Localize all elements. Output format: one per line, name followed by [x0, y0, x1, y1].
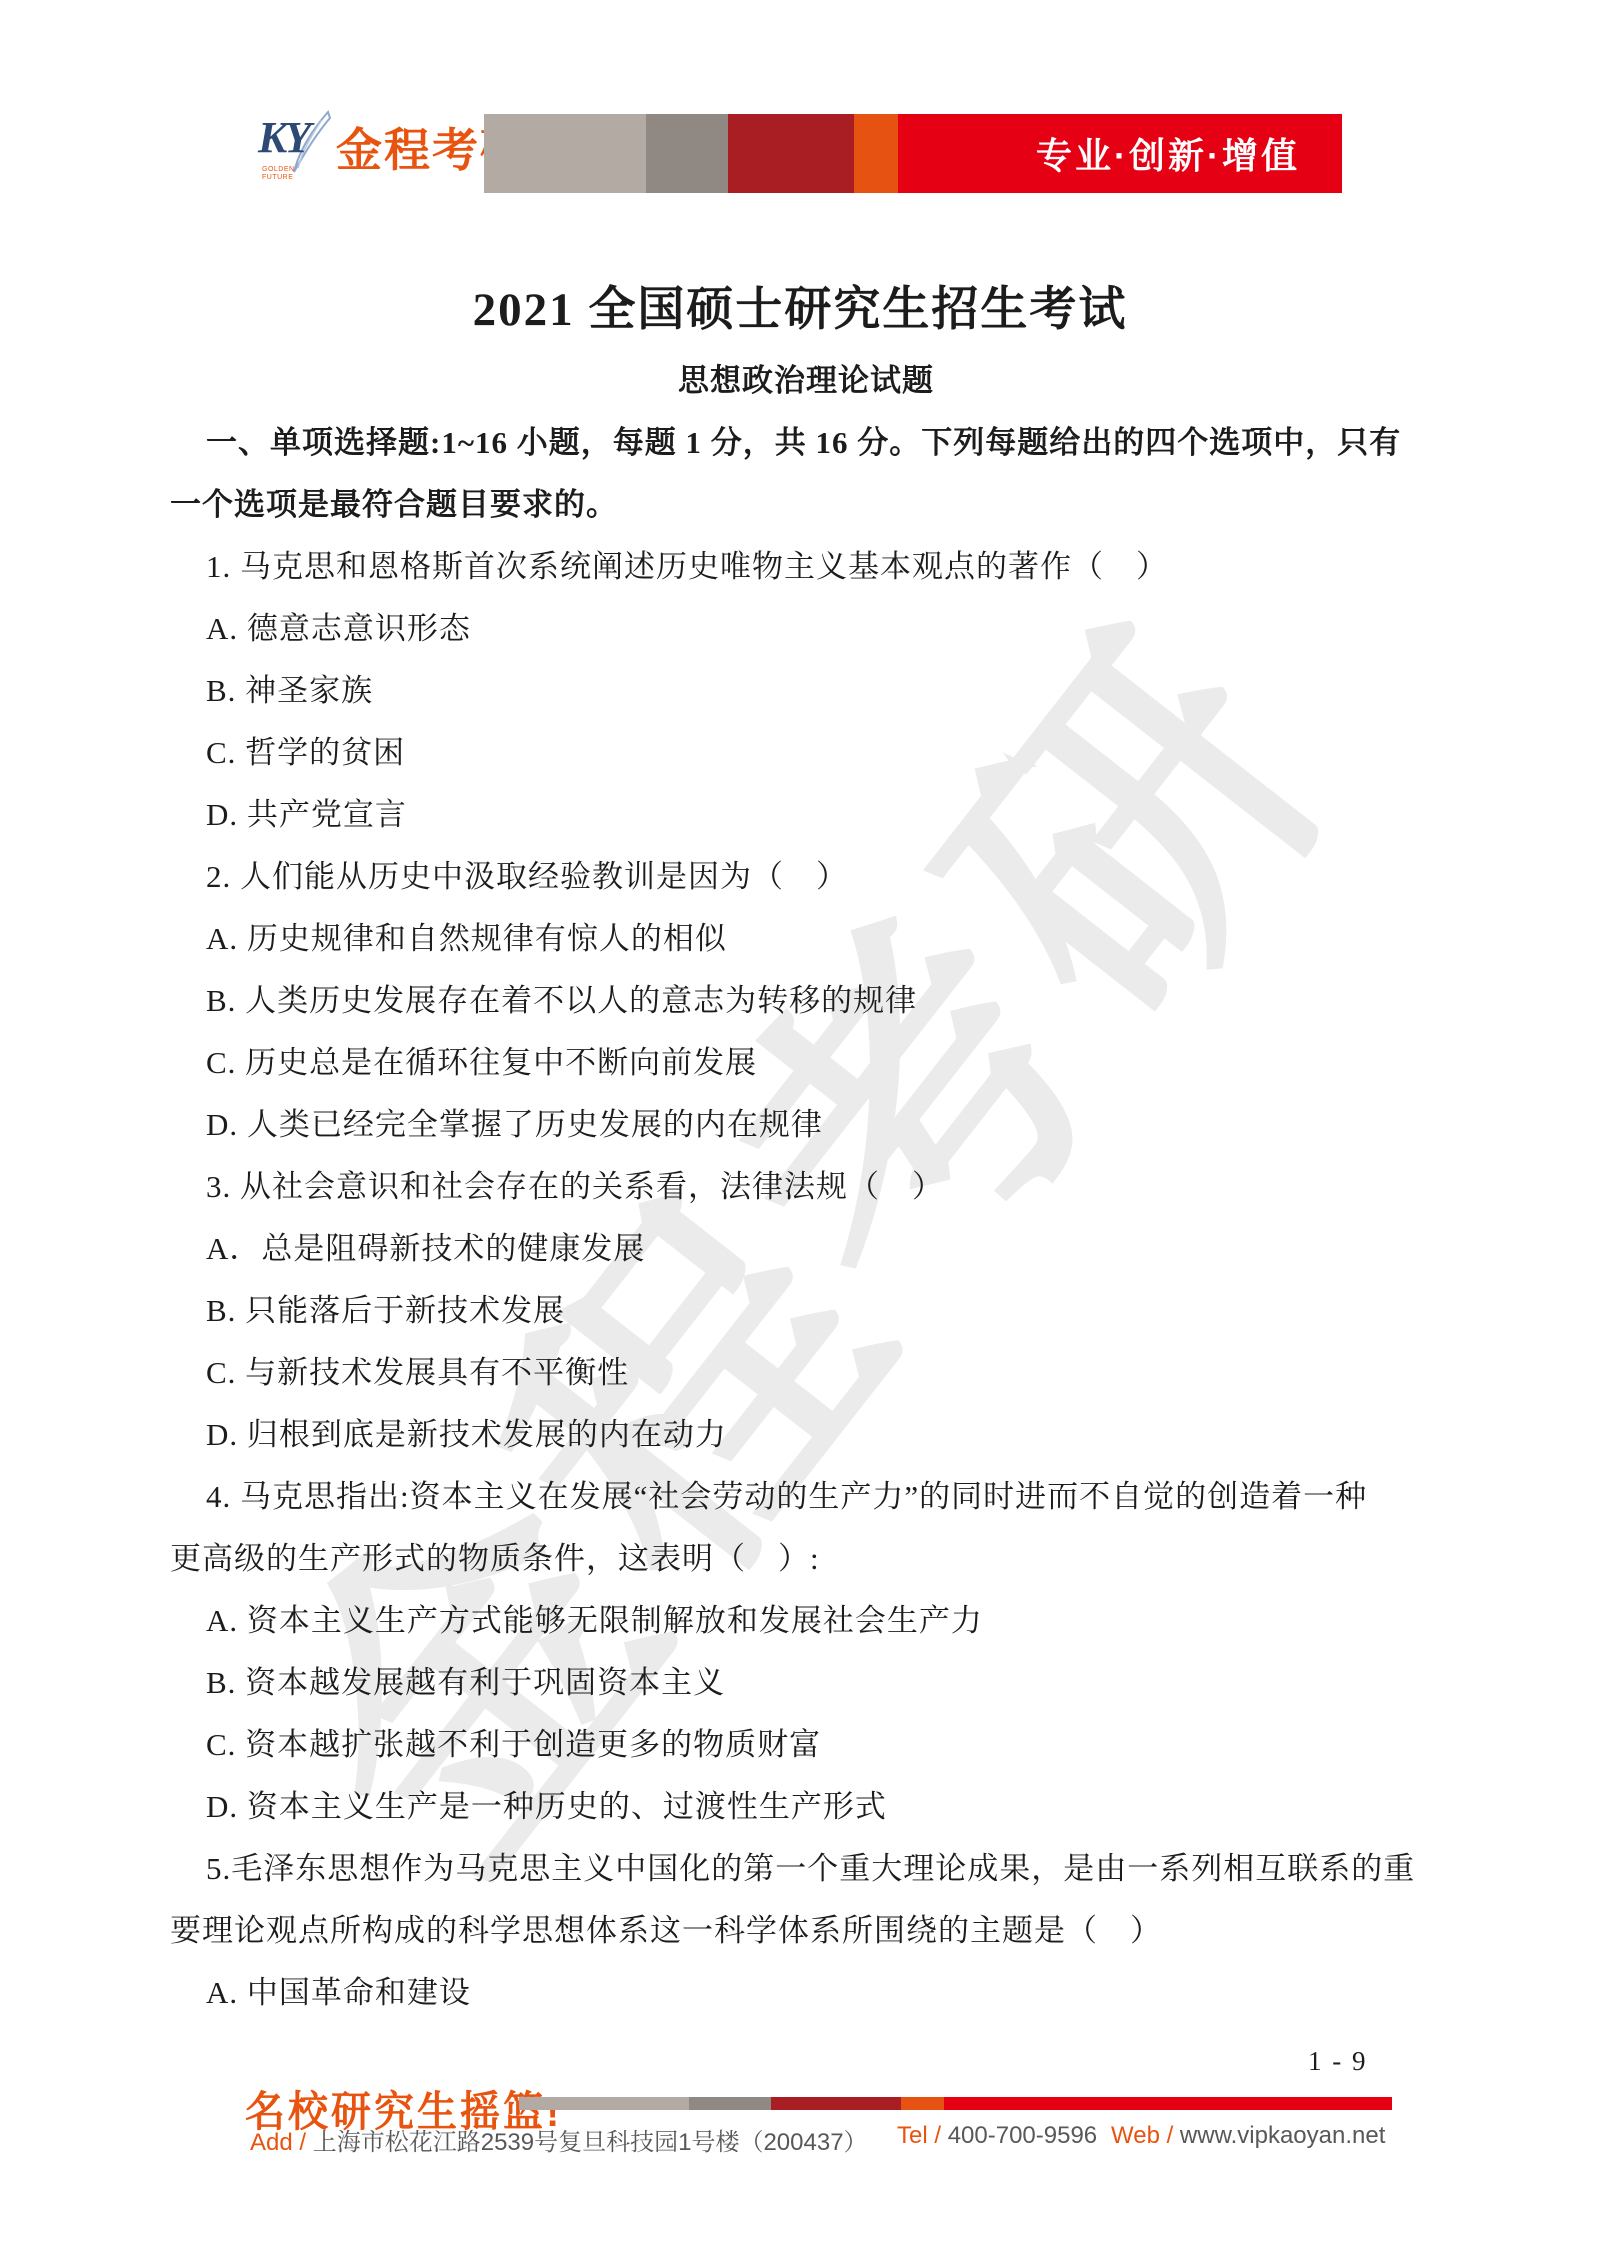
tel-value: 400-700-9596: [948, 2122, 1097, 2149]
question-4-option-d: D. 资本主义生产是一种历史的、过渡性生产形式: [170, 1776, 1442, 1838]
question-4-stem: 4. 马克思指出:资本主义在发展“社会劳动的生产力”的同时进而不自觉的创造着一种: [170, 1466, 1442, 1528]
question-2-option-b: B. 人类历史发展存在着不以人的意志为转移的规律: [170, 970, 1442, 1032]
question-4-stem-continued: 更高级的生产形式的物质条件，这表明（ ）:: [170, 1528, 1442, 1590]
document-body: 思想政治理论试题 一、单项选择题:1~16 小题，每题 1 分，共 16 分。下…: [170, 350, 1442, 2024]
question-3-option-b: B. 只能落后于新技术发展: [170, 1280, 1442, 1342]
strip-segment-darkred: [771, 2097, 901, 2110]
footer-telephone: Tel / 400-700-9596: [897, 2122, 1097, 2150]
strip-segment-red: 专业·创新·增值: [898, 114, 1342, 193]
question-1-stem: 1. 马克思和恩格斯首次系统阐述历史唯物主义基本观点的著作（ ）: [170, 536, 1442, 598]
page-title: 2021 全国硕士研究生招生考试: [0, 272, 1600, 339]
footer-website: Web / www.vipkaoyan.net: [1111, 2122, 1385, 2150]
ky-monogram: KY GOLDEN FUTURE: [258, 110, 330, 180]
strip-segment-red: [944, 2097, 1392, 2110]
strip-segment-midgray: [646, 114, 728, 193]
question-1-option-b: B. 神圣家族: [170, 660, 1442, 722]
strip-segment-orange: [854, 114, 898, 193]
page-number: 1 - 9: [1308, 2046, 1368, 2077]
address-value: 上海市松花江路2539号复旦科技园1号楼（200437）: [313, 2129, 868, 2156]
strip-segment-darkred: [728, 114, 854, 193]
web-value: www.vipkaoyan.net: [1180, 2122, 1385, 2149]
question-4-option-a: A. 资本主义生产方式能够无限制解放和发展社会生产力: [170, 1590, 1442, 1652]
section-intro-line: 一个选项是最符合题目要求的。: [170, 474, 1442, 536]
question-3-option-c: C. 与新技术发展具有不平衡性: [170, 1342, 1442, 1404]
footer-contacts: Add / 上海市松花江路2539号复旦科技园1号楼（200437） Tel /…: [250, 2122, 1400, 2156]
header-slogan: 专业·创新·增值: [1036, 128, 1342, 179]
exam-page: 金程考研 KY GOLDEN FUTURE 金程考研 专业·创新·增值 2: [0, 0, 1600, 2263]
question-2-stem: 2. 人们能从历史中汲取经验教训是因为（ ）: [170, 846, 1442, 908]
question-4-option-c: C. 资本越扩张越不利于创造更多的物质财富: [170, 1714, 1442, 1776]
question-1-option-d: D. 共产党宣言: [170, 784, 1442, 846]
footer-color-strip: [519, 2097, 1392, 2110]
document-subtitle: 思想政治理论试题: [170, 350, 1442, 412]
footer-address: Add / 上海市松花江路2539号复旦科技园1号楼（200437）: [250, 2122, 868, 2157]
question-5-option-a: A. 中国革命和建设: [170, 1962, 1442, 2024]
question-1-option-a: A. 德意志意识形态: [170, 598, 1442, 660]
question-4-option-b: B. 资本越发展越有利于巩固资本主义: [170, 1652, 1442, 1714]
strip-segment-orange: [901, 2097, 944, 2110]
question-5-stem: 5.毛泽东思想作为马克思主义中国化的第一个重大理论成果，是由一系列相互联系的重: [170, 1838, 1442, 1900]
strip-segment-lightgray: [519, 2097, 689, 2110]
question-1-option-c: C. 哲学的贫困: [170, 722, 1442, 784]
web-label: Web /: [1111, 2122, 1180, 2149]
question-3-option-d: D. 归根到底是新技术发展的内在动力: [170, 1404, 1442, 1466]
question-5-stem-continued: 要理论观点所构成的科学思想体系这一科学体系所围绕的主题是（ ）: [170, 1900, 1442, 1962]
question-2-option-a: A. 历史规律和自然规律有惊人的相似: [170, 908, 1442, 970]
question-2-option-c: C. 历史总是在循环往复中不断向前发展: [170, 1032, 1442, 1094]
header-color-strip: 专业·创新·增值: [484, 114, 1342, 193]
strip-segment-midgray: [689, 2097, 771, 2110]
question-2-option-d: D. 人类已经完全掌握了历史发展的内在规律: [170, 1094, 1442, 1156]
question-3-stem: 3. 从社会意识和社会存在的关系看，法律法规（ ）: [170, 1156, 1442, 1218]
address-label: Add /: [250, 2129, 313, 2156]
logo-tagline: GOLDEN FUTURE: [262, 166, 295, 182]
question-3-option-a: A．总是阻碍新技术的健康发展: [170, 1218, 1442, 1280]
strip-segment-lightgray: [484, 114, 646, 193]
section-intro-line: 一、单项选择题:1~16 小题，每题 1 分，共 16 分。下列每题给出的四个选…: [170, 412, 1442, 474]
tel-label: Tel /: [897, 2122, 948, 2149]
ky-letters: KY: [258, 112, 308, 163]
